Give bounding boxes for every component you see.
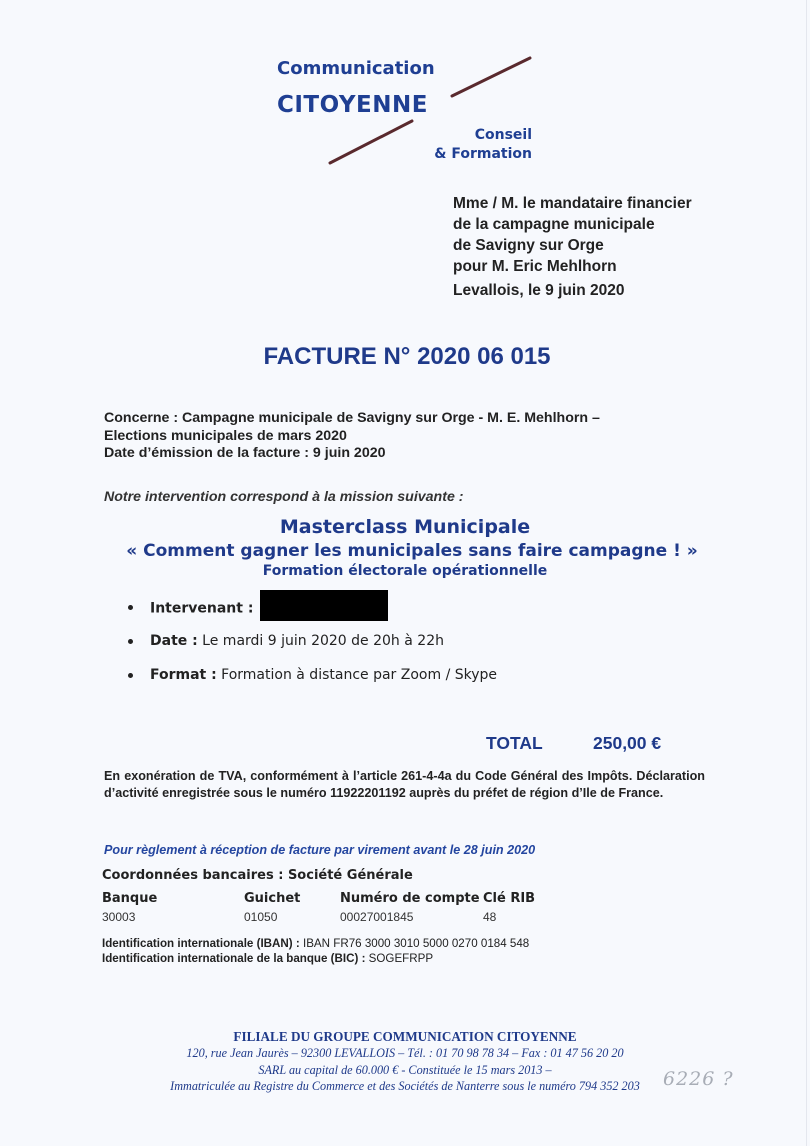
invoice-subject: Concerne : Campagne municipale de Savign… xyxy=(104,410,600,463)
bank-details-table: Banque Guichet Numéro de compte Clé RIB … xyxy=(102,888,543,926)
footer-title: FILIALE DU GROUPE COMMUNICATION CITOYENN… xyxy=(0,1028,810,1045)
column-header: Banque xyxy=(102,888,244,908)
bullet-icon xyxy=(128,605,133,610)
item-label: Intervenant : xyxy=(150,601,253,617)
column-header: Guichet xyxy=(244,888,340,908)
list-item-format: Format : Formation à distance par Zoom /… xyxy=(128,664,497,698)
vat-exemption-notice: En exonération de TVA, conformément à l’… xyxy=(104,768,705,801)
rib-key: 48 xyxy=(483,908,543,926)
item-label: Format : xyxy=(150,667,217,683)
recipient-address: Mme / M. le mandataire financier de la c… xyxy=(453,193,692,277)
mission-details-list: Intervenant : Date : Le mardi 9 juin 202… xyxy=(128,596,497,698)
bic-line: Identification internationale de la banq… xyxy=(102,952,529,967)
total-label: TOTAL xyxy=(486,733,543,754)
logo-slash-icon xyxy=(0,0,810,180)
bank-code: 30003 xyxy=(102,908,244,926)
total-amount: 250,00 € xyxy=(593,733,661,754)
iban-line: Identification internationale (IBAN) : I… xyxy=(102,937,529,952)
column-header: Clé RIB xyxy=(483,888,543,908)
logo-text-citoyenne: CITOYENNE xyxy=(277,92,428,118)
payment-terms: Pour règlement à réception de facture pa… xyxy=(104,843,535,857)
logo-text-conseil: Conseil xyxy=(430,126,532,145)
issue-date-line: Date d’émission de la facture : 9 juin 2… xyxy=(104,445,600,463)
recipient-line: Mme / M. le mandataire financier xyxy=(453,193,692,214)
logo-text-conseil-formation: Conseil & Formation xyxy=(430,126,532,164)
subject-line: Elections municipales de mars 2020 xyxy=(104,428,600,446)
bullet-icon xyxy=(128,673,133,678)
logo-text-communication: Communication xyxy=(277,58,435,79)
handwritten-annotation: 6226 ? xyxy=(663,1068,734,1090)
mission-tagline: Formation électorale opérationnelle xyxy=(0,562,810,580)
mission-intro: Notre intervention correspond à la missi… xyxy=(104,489,464,505)
mission-heading: Masterclass Municipale « Comment gagner … xyxy=(0,514,810,580)
table-row: 30003 01050 00027001845 48 xyxy=(102,908,543,926)
mission-subtitle: « Comment gagner les municipales sans fa… xyxy=(14,540,810,562)
iban-label: Identification internationale (IBAN) : xyxy=(102,937,300,950)
place-date: Levallois, le 9 juin 2020 xyxy=(453,282,624,300)
list-item-intervenant: Intervenant : xyxy=(128,596,497,630)
recipient-line: de la campagne municipale xyxy=(453,214,692,235)
bic-label: Identification internationale de la banq… xyxy=(102,952,365,965)
item-label: Date : xyxy=(150,633,198,649)
bank-details-title: Coordonnées bancaires : Société Générale xyxy=(102,868,413,883)
recipient-line: pour M. Eric Mehlhorn xyxy=(453,256,692,277)
column-header: Numéro de compte xyxy=(340,888,483,908)
logo-text-formation: & Formation xyxy=(430,145,532,164)
mission-title: Masterclass Municipale xyxy=(0,514,810,540)
redacted-block xyxy=(260,590,388,621)
item-value: Formation à distance par Zoom / Skype xyxy=(217,667,497,683)
bic-value: SOGEFRPP xyxy=(365,952,433,965)
item-value: Le mardi 9 juin 2020 de 20h à 22h xyxy=(198,633,444,649)
footer-address: 120, rue Jean Jaurès – 92300 LEVALLOIS –… xyxy=(0,1045,810,1062)
invoice-title: FACTURE N° 2020 06 015 xyxy=(0,343,810,371)
branch-code: 01050 xyxy=(244,908,340,926)
international-bank-ids: Identification internationale (IBAN) : I… xyxy=(102,937,529,966)
subject-line: Concerne : Campagne municipale de Savign… xyxy=(104,410,600,428)
table-header-row: Banque Guichet Numéro de compte Clé RIB xyxy=(102,888,543,908)
recipient-line: de Savigny sur Orge xyxy=(453,235,692,256)
list-item-date: Date : Le mardi 9 juin 2020 de 20h à 22h xyxy=(128,630,497,664)
account-number: 00027001845 xyxy=(340,908,483,926)
iban-value: IBAN FR76 3000 3010 5000 0270 0184 548 xyxy=(300,937,529,950)
bullet-icon xyxy=(128,639,133,644)
